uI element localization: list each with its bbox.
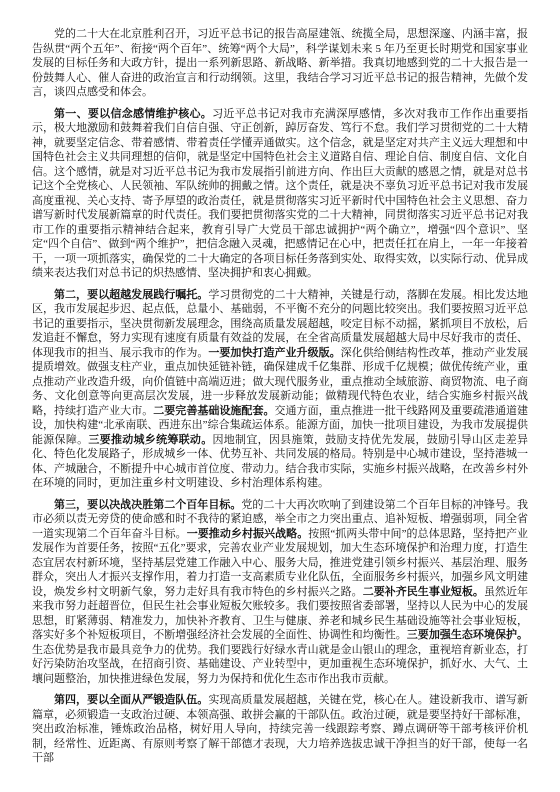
bold-text-run: 二要补齐民生事业短板。 [363, 586, 484, 598]
text-run: 生态优势是我市最具竞争力的优势。我们要践行好绿水青山就是金山银山的理念，重视培育… [32, 644, 528, 685]
bold-text-run: 第三，要以决战决胜第二个百年目标。 [54, 499, 241, 511]
paragraph: 第三，要以决战决胜第二个百年目标。党的二十大再次吹响了到建设第二个百年目标的冲锋… [32, 498, 528, 687]
paragraph: 第二，要以超越发展践行嘱托。学习贯彻党的二十大精神，关键是行动，落脚在发展。相比… [32, 288, 528, 491]
bold-text-run: 一要加快打造产业升级版。 [208, 347, 340, 359]
paragraph: 第四，要以全面从严锻造队伍。实现高质量发展超越，关键在党，核心在人。建设新我市、… [32, 693, 528, 766]
bold-text-run: 第一、要以信念感情维护核心。 [54, 108, 212, 120]
paragraph: 第一、要以信念感情维护核心。习近平总书记对我市充满深厚感情，多次对我市工作作出重… [32, 107, 528, 281]
text-run: 习近平总书记对我市充满深厚感情，多次对我市工作作出重要指示，极大地激励和鼓舞着我… [32, 108, 528, 280]
bold-text-run: 第二，要以超越发展践行嘱托。 [54, 289, 208, 301]
paragraph: 党的二十大在北京胜利召开，习近平总书记的报告高屋建瓴、统揽全局，思想深邃、内涵丰… [32, 27, 528, 100]
bold-text-run: 一要推动乡村振兴战略。 [187, 528, 309, 540]
bold-text-run: 二要完善基础设施配套。 [153, 405, 274, 417]
bold-text-run: 三要推动城乡统筹联动。 [88, 434, 212, 446]
text-run: 党的二十大在北京胜利召开，习近平总书记的报告高屋建瓴、统揽全局，思想深邃、内涵丰… [32, 28, 528, 98]
document-page: 党的二十大在北京胜利召开，习近平总书记的报告高屋建瓴、统揽全局，思想深邃、内涵丰… [0, 0, 560, 792]
bold-text-run: 第四，要以全面从严锻造队伍。 [54, 694, 208, 706]
document-body: 党的二十大在北京胜利召开，习近平总书记的报告高屋建瓴、统揽全局，思想深邃、内涵丰… [32, 27, 528, 766]
bold-text-run: 三要加强生态环境保护。 [407, 629, 528, 641]
